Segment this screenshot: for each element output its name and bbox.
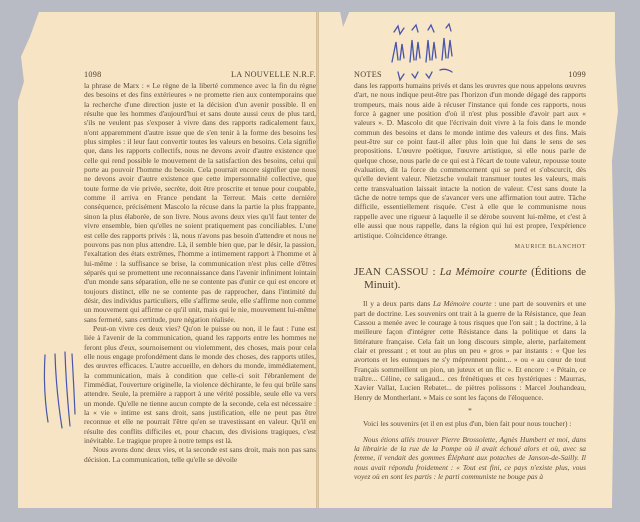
handwritten-marks-top-icon [390, 22, 470, 82]
paragraph: dans les rapports humains privés et dans… [354, 81, 586, 240]
paragraph: Peut-on vivre ces deux vies? Qu'on le pu… [84, 324, 316, 445]
right-page-body: dans les rapports humains privés et dans… [354, 81, 586, 481]
left-running-title: LA NOUVELLE N.R.F. [231, 70, 316, 79]
handwritten-marks-margin-icon [40, 350, 85, 430]
paragraph: Voici les souvenirs (et il en est plus d… [354, 419, 586, 428]
signature: MAURICE BLANCHOT [354, 243, 586, 252]
review-separator: : [428, 266, 439, 278]
paragraph: Il y a deux parts dans La Mémoire courte… [354, 299, 586, 402]
inline-book-title: La Mémoire courte [433, 299, 492, 308]
review-title: JEAN CASSOU : La Mémoire courte (Édition… [354, 266, 586, 292]
text-run: : une part de souvenirs et une part de d… [354, 299, 586, 401]
left-page-body: la phrase de Marx : « Le règne de la lib… [84, 81, 316, 464]
text-run: Il y a deux parts dans [363, 299, 433, 308]
section-divider-star: * [354, 406, 586, 415]
right-running-head: NOTES 1099 [354, 70, 586, 79]
review-author: JEAN CASSOU [354, 266, 428, 278]
review-book-title: La Mémoire courte [440, 266, 527, 278]
block-quote: Nous étions allés trouver Pierre Brossol… [354, 435, 586, 482]
left-page-number: 1098 [84, 70, 102, 79]
right-running-title: NOTES [354, 70, 382, 79]
right-page-number: 1099 [568, 70, 586, 79]
book-gutter [316, 12, 319, 508]
paragraph: Nous avons donc deux vies, et la seconde… [84, 445, 316, 464]
paragraph: la phrase de Marx : « Le règne de la lib… [84, 81, 316, 324]
left-running-head: 1098 LA NOUVELLE N.R.F. [84, 70, 316, 79]
